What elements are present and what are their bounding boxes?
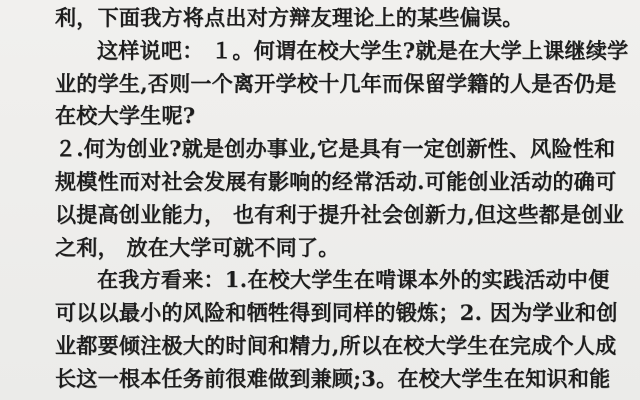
text-line-9: 在我方看来：1.在校大学生在啃课本外的实践活动中便 bbox=[55, 264, 592, 297]
text-line-3: 业的学生,否则一个离开学校十几年而保留学籍的人是否仍是 bbox=[55, 68, 592, 101]
text-line-4: 在校大学生呢? bbox=[55, 100, 592, 133]
scanned-text-photo: { "page": { "colors": { "background-top"… bbox=[0, 0, 640, 400]
text-line-5: ２.何为创业?就是创办事业,它是具有一定创新性、风险性和 bbox=[55, 133, 592, 166]
text-line-2: 这样说吧： １。何谓在校大学生?就是在大学上课继续学 bbox=[55, 35, 592, 68]
text-line-8: 之利， 放在大学可就不同了。 bbox=[55, 232, 592, 265]
text-line-6: 规模性而对社会发展有影响的经常活动.可能创业活动的确可 bbox=[55, 166, 592, 199]
document-page: 利，下面我方将点出对方辩友理论上的某些偏误。 这样说吧： １。何谓在校大学生?就… bbox=[0, 0, 640, 400]
text-line-12: 长这一根本任务前很难做到兼顾;3。在校大学生在知识和能 bbox=[55, 363, 592, 396]
text-line-1: 利，下面我方将点出对方辩友理论上的某些偏误。 bbox=[55, 2, 592, 35]
text-line-10: 可以以最小的风险和牺牲得到同样的锻炼；2. 因为学业和创 bbox=[55, 297, 592, 330]
text-line-7: 以提高创业能力， 也有利于提升社会创新力,但这些都是创业 bbox=[55, 199, 592, 232]
text-line-11: 业都要倾注极大的时间和精力,所以在校大学生在完成个人成 bbox=[55, 330, 592, 363]
